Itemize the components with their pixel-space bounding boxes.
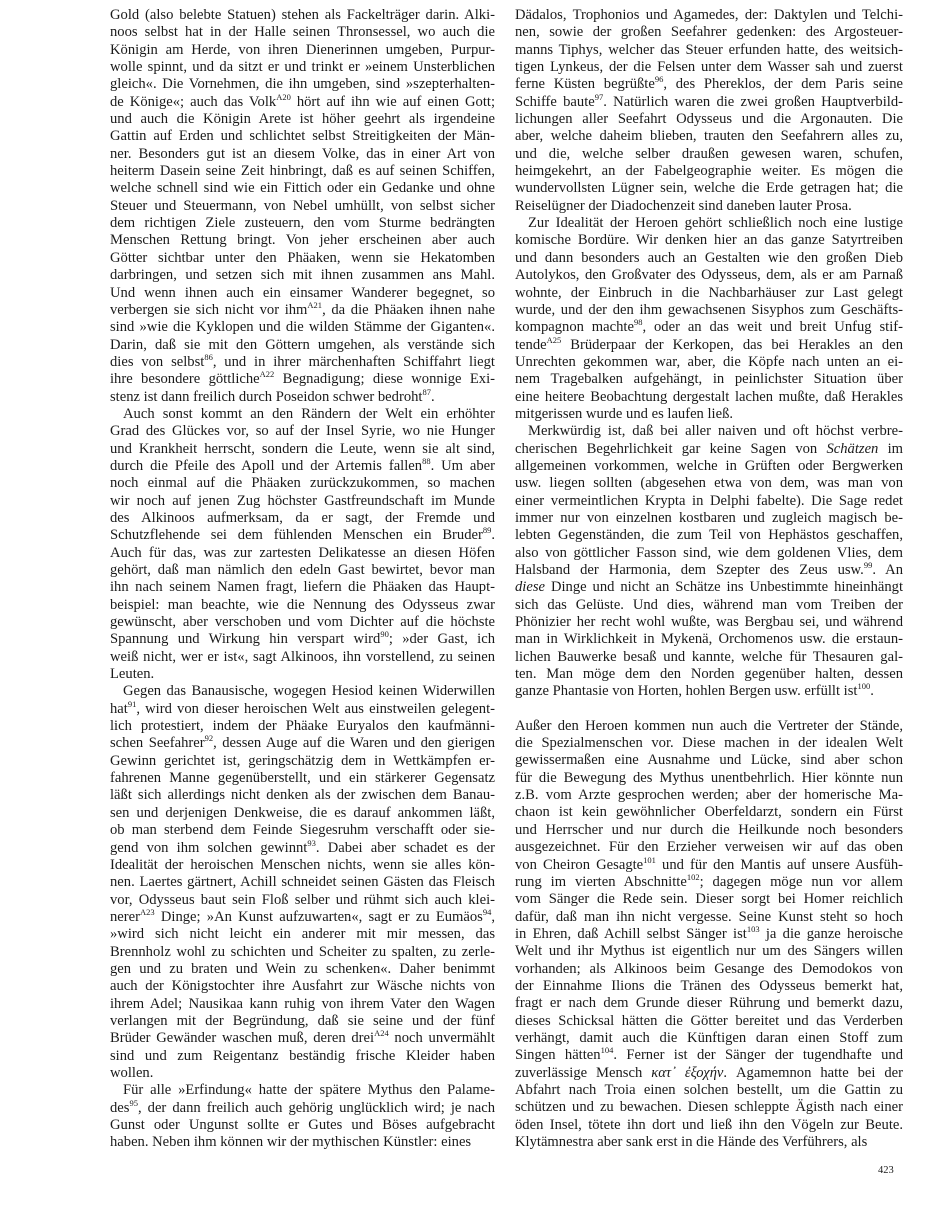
footnote-reference: 97 (595, 92, 604, 102)
text-line: wir noch auf jenen Zug höchster Gastfreu… (110, 493, 495, 510)
text-line: kompagnon machte98, oder an das weit und… (515, 319, 903, 336)
text-line: Darin, daß sie mit den Göttern umgehen, … (110, 337, 495, 354)
text-line: Brennholz wohl zu schichten und Scheiter… (110, 944, 495, 961)
text-line: manns Tiphys, welcher das Steuer erfunde… (515, 42, 903, 59)
text-line: ob man sterbend dem Feinde Siegesruhm ve… (110, 822, 495, 839)
text-line: ihre besondere göttlicheA22 Begnadigung;… (110, 371, 495, 388)
text-line: läßt sich allerdings nicht denken als de… (110, 787, 495, 804)
text-line: ihn nach seinem Namen fragt, liefern die… (110, 579, 495, 596)
text-line: verbergen sie sich nicht vor ihmA21, da … (110, 302, 495, 319)
footnote-reference: 92 (205, 733, 214, 743)
footnote-reference: 93 (307, 838, 316, 848)
text-line: Merkwürdig ist, daß bei aller naiven und… (515, 423, 903, 440)
text-line: vor, Odysseus baut sein Floß selber und … (110, 892, 495, 909)
text-line: lichen Bauwerke besaß und kannte, welche… (515, 649, 903, 666)
text-line: aber, welche daheim blieben, trauten den… (515, 128, 903, 145)
text-line: dafür, daß man ihn nicht vergesse. Seine… (515, 909, 903, 926)
text-line: Singen hätten104. Ferner ist der Sänger … (515, 1047, 903, 1064)
text-line: lichungen aller Seefahrt Odysseus und di… (515, 111, 903, 128)
text-line: nererA23 Dinge; »An Kunst aufzuwarten«, … (110, 909, 495, 926)
text-line: noos selbst hat in der Halle seinen Thro… (110, 24, 495, 41)
text-line: sen und derjenigen Denkweise, die es dar… (110, 805, 495, 822)
text-line: welche schnell sind wie ein Fittich oder… (110, 180, 495, 197)
text-line: Halsband der Harmonia, dem Szepter des Z… (515, 562, 903, 579)
text-line: gewünscht, aber verschoben und vom Dicht… (110, 614, 495, 631)
footnote-reference: 94 (483, 907, 492, 917)
text-line: Idealität der heroischen Menschen nichts… (110, 857, 495, 874)
text-line: noch einmal auf die Phäaken zurückzukomm… (110, 475, 495, 492)
text-line: vom Sänger die Rede sein. Dieser sorgt b… (515, 891, 903, 908)
paragraph: Für alle »Erfindung« hatte der spätere M… (110, 1082, 495, 1151)
text-line: nen. Laertes gärtnert, Achill schneidet … (110, 874, 495, 891)
text-line: gen und zu braten und Wein zu schenken«.… (110, 961, 495, 978)
text-line: Auch sonst kommt an den Rändern der Welt… (110, 406, 495, 423)
paragraph: Zur Idealität der Heroen gehört schließl… (515, 215, 903, 423)
page-number: 423 (878, 1165, 894, 1176)
text-line: ferne Küsten begrüßte96, des Phereklos, … (515, 76, 903, 93)
text-line: Für alle »Erfindung« hatte der spätere M… (110, 1082, 495, 1099)
text-line: wollen. (110, 1065, 495, 1082)
paragraph: Gold (also belebte Statuen) stehen als F… (110, 7, 495, 406)
text-line: mitgerissen wurde und es laufen ließ. (515, 406, 903, 423)
footnote-reference: 91 (128, 699, 137, 709)
text-line: Klytämnestra aber sank erst in die Hände… (515, 1134, 903, 1151)
text-line: Königin am Herde, von ihren Dienerinnen … (110, 42, 495, 59)
text-line: Welt und ihr Mythus ist eigentlich nur u… (515, 943, 903, 960)
text-line: Gegen das Banausische, wogegen Hesiod ke… (110, 683, 495, 700)
text-line: von Cheiron Gesagte101 und für den Manti… (515, 857, 903, 874)
text-line: Autolykos, den Großvater des Odysseus, d… (515, 267, 903, 284)
text-line: in Ehren, daß Achill selbst Sänger ist10… (515, 926, 903, 943)
text-line: wurde, und der den ihm gewachsenen Sisyp… (515, 302, 903, 319)
text-line: Außer den Heroen kommen nun auch die Ver… (515, 718, 903, 735)
footnote-reference: 87 (422, 387, 431, 397)
text-line: lebten Gegenständen, die zum Teil von He… (515, 527, 903, 544)
text-line: schützen und zu bewachen. Diesen schlepp… (515, 1099, 903, 1116)
text-line: Gunst oder Ungunst sollte er Gutes und B… (110, 1117, 495, 1134)
left-column: Gold (also belebte Statuen) stehen als F… (110, 7, 495, 1152)
paragraph: Auch sonst kommt an den Rändern der Welt… (110, 406, 495, 684)
text-line: fragt er nach dem Grunde dieser Rührung … (515, 995, 903, 1012)
footnote-reference: A24 (374, 1028, 389, 1038)
text-line: lich protestiert, indem der Phäake Eurya… (110, 718, 495, 735)
text-line: also von göttlicher Fasson sind, wie dem… (515, 545, 903, 562)
text-line: Auch für das, was zur zartesten Delikate… (110, 545, 495, 562)
text-line: heimgekehrt, an der Fabelgeographie weit… (515, 163, 903, 180)
text-line: Grad des Glückes vor, so auf der Insel S… (110, 423, 495, 440)
text-line: schen Seefahrer92, dessen Auge auf die W… (110, 735, 495, 752)
emphasis: Schätzen (826, 441, 878, 457)
text-line: gleich«. Die Vornehmen, die ihn umgeben,… (110, 76, 495, 93)
footnote-reference: 103 (747, 924, 760, 934)
paragraph: Außer den Heroen kommen nun auch die Ver… (515, 718, 903, 1152)
text-line: de Könige«; auch das VolkA20 hört auf ih… (110, 94, 495, 111)
emphasis: κατ᾽ ἐξοχήν (651, 1065, 723, 1081)
text-line: Gold (also belebte Statuen) stehen als F… (110, 7, 495, 24)
text-line: sich das Gelüste. Und dies, während man … (515, 597, 903, 614)
text-line: dem richtigen Ziele zusteuern, den vom S… (110, 215, 495, 232)
text-line: allgemeinen vorkommen, welche in Grüften… (515, 458, 903, 475)
text-line: wolle spinnt, und da sitzt er und trinkt… (110, 59, 495, 76)
footnote-reference: 88 (422, 456, 431, 466)
text-line: einer vermeintlichen Krypta in Delphi fa… (515, 493, 903, 510)
text-line: chaon ist kein gewöhnlicher Oberfeldarzt… (515, 804, 903, 821)
text-line: tigen Lynkeus, der die Felsen unter dem … (515, 59, 903, 76)
text-line: heiterm Dasein seine Zeit hinbringt, daß… (110, 163, 495, 180)
text-line: gewissermaßen eine Ausnahme und Lücke, s… (515, 752, 903, 769)
text-line: Menschen Rettung bringt. Von jeher ersch… (110, 232, 495, 249)
text-line: öden Insel, tötete ihn dort und ließ ihn… (515, 1117, 903, 1134)
footnote-reference: 100 (857, 681, 870, 691)
text-line: durch die Pfeile des Apoll und der Artem… (110, 458, 495, 475)
text-line: man in Wirklichkeit in Mykenä, Orchomeno… (515, 631, 903, 648)
text-line: und Herrscher und nur durch die Heilkund… (515, 822, 903, 839)
footnote-reference: 98 (634, 317, 643, 327)
text-line: diese Dinge und nicht an Schätze ins Unb… (515, 579, 903, 596)
text-line: weiß nicht, wer er ist«, sagt Alkinoos, … (110, 649, 495, 666)
text-line: Götter sichtbar unter den Phäaken, wenn … (110, 250, 495, 267)
text-line: Zur Idealität der Heroen gehört schließl… (515, 215, 903, 232)
text-line: für die Bewegung des Mythus unentbehrlic… (515, 770, 903, 787)
text-line: Dädalos, Trophonios und Agamedes, der: D… (515, 7, 903, 24)
text-line: dies von selbst86, und in ihrer märchenh… (110, 354, 495, 371)
text-line: gehört, daß man nämlich den edeln Gast b… (110, 562, 495, 579)
text-line: ihrem Adel; Nausikaa kann ruhig von ihre… (110, 996, 495, 1013)
text-line: ganze Phantasie von Horten, hohlen Berge… (515, 683, 903, 700)
footnote-reference: 104 (601, 1045, 614, 1055)
footnote-reference: 89 (483, 525, 492, 535)
text-line: und auch die Königin Arete ist höher gee… (110, 111, 495, 128)
text-line: nem Tragebalken aufgehängt, in peinlichs… (515, 371, 903, 388)
footnote-reference: 96 (655, 74, 664, 84)
text-line: fahrenen Manne gegenüberstellt, und ein … (110, 770, 495, 787)
text-line: Unrechten gekommen war, aber, die Köpfe … (515, 354, 903, 371)
text-line: Gewinn gerichtet ist, geringschätzig dem… (110, 753, 495, 770)
text-line: Leuten. (110, 666, 495, 683)
text-line: Reiselügner der Diadochenzeit sind daneb… (515, 198, 903, 215)
text-line: usw. liegen sollten (abgesehen etwa von … (515, 475, 903, 492)
text-line: sind »wie die Kyklopen und die wilden St… (110, 319, 495, 336)
text-line: ten. Man möge dem den Norden gegenüber h… (515, 666, 903, 683)
text-line: Spannung und Wirkung hin verspart wird90… (110, 631, 495, 648)
footnote-reference: 95 (129, 1098, 138, 1108)
text-line: und die, welche selber draußen gewesen w… (515, 146, 903, 163)
footnote-reference: 86 (204, 352, 213, 362)
text-line: Gattin auf Erden und schlichtet selbst S… (110, 128, 495, 145)
text-line: zuverlässige Mensch κατ᾽ ἐξοχήν. Agamemn… (515, 1065, 903, 1082)
text-line: stenz ist dann freilich durch Poseidon s… (110, 389, 495, 406)
text-line: sind und zum Reigentanz beständig frisch… (110, 1048, 495, 1065)
footnote-reference: A20 (276, 92, 291, 102)
text-line: hat91, wird von dieser heroischen Welt a… (110, 701, 495, 718)
text-line: verlangen mit der Begründung, daß sie se… (110, 1013, 495, 1030)
text-line: haben. Neben ihm können wir der mythisch… (110, 1134, 495, 1151)
section-break (515, 701, 903, 718)
text-line: verhängt, damit auch die Künftigen daran… (515, 1030, 903, 1047)
text-line: beispiel: man beachte, wie die Nennung d… (110, 597, 495, 614)
text-line: Brüder Gewänder waschen muß, deren dreiA… (110, 1030, 495, 1047)
text-line: Schutzflehende sei dem fühlenden Mensche… (110, 527, 495, 544)
text-line: rung im vierten Abschnitte102; dagegen m… (515, 874, 903, 891)
text-line: der Einnahme Ilions die Tränen des Odyss… (515, 978, 903, 995)
footnote-reference: 101 (643, 855, 656, 865)
text-line: wohnte, der Einbruch in die Nachbarhäuse… (515, 285, 903, 302)
text-line: »wird sich nicht leicht ein anderer mit … (110, 926, 495, 943)
text-line: die Spezialmenschen vor. Diese machen in… (515, 735, 903, 752)
text-line: Schiffe baute97. Natürlich waren die zwe… (515, 94, 903, 111)
text-line: Phönizier her recht wohl wußte, was Berg… (515, 614, 903, 631)
text-line: Und wenn ihnen auch ein einsamer Wandere… (110, 285, 495, 302)
text-line: und Krankheit herrscht, sondern die Leut… (110, 441, 495, 458)
text-line: wundervollsten Lügner sein, welche die E… (515, 180, 903, 197)
text-line: und dann besonders auch an Gestalten wie… (515, 250, 903, 267)
text-line: nen, sowie der großen Seefahrer gedenken… (515, 24, 903, 41)
footnote-reference: 90 (380, 629, 389, 639)
text-line: vorhanden; als Alkinoos beim Gesange des… (515, 961, 903, 978)
text-line: cherischen Begehrlichkeit gar keine Sage… (515, 441, 903, 458)
text-line: ausgezeichnet. Für den Erzieher verweise… (515, 839, 903, 856)
text-line: Abfahrt nach Troia einen solchen bestell… (515, 1082, 903, 1099)
right-column: Dädalos, Trophonios und Agamedes, der: D… (515, 7, 903, 1151)
text-line: immer nur von einzelnen kostbaren und zu… (515, 510, 903, 527)
text-line: Steuer und Steuermann, von Nebel umhüllt… (110, 198, 495, 215)
text-line: ner. Besonders gut ist an diesem Volke, … (110, 146, 495, 163)
text-line: gend von ihm solchen gewinnt93. Dabei ab… (110, 840, 495, 857)
text-line: tendeA25 Brüderpaar der Kerkopen, das be… (515, 337, 903, 354)
paragraph: Gegen das Banausische, wogegen Hesiod ke… (110, 683, 495, 1082)
footnote-reference: A22 (260, 369, 275, 379)
text-line: eine heitere Beobachtung dergestalt lach… (515, 389, 903, 406)
text-line: komische Bordüre. Wir denken hier an das… (515, 232, 903, 249)
footnote-reference: 99 (864, 560, 873, 570)
paragraph: Dädalos, Trophonios und Agamedes, der: D… (515, 7, 903, 215)
text-line: des95, der dann freilich auch gehörig un… (110, 1100, 495, 1117)
emphasis: diese (515, 579, 545, 595)
text-line: darbringen, und setzen sich mit ihnen zu… (110, 267, 495, 284)
text-line: auch der Königstochter ihre Ausfahrt zur… (110, 978, 495, 995)
text-line: z.B. vom Arzte gesprochen werden; aber d… (515, 787, 903, 804)
text-line: des Alkinoos aufmerksam, da er sagt, der… (110, 510, 495, 527)
footnote-reference: A23 (140, 907, 155, 917)
paragraph: Merkwürdig ist, daß bei aller naiven und… (515, 423, 903, 701)
footnote-reference: 102 (687, 872, 700, 882)
footnote-reference: A21 (307, 300, 322, 310)
text-line: dieses Schicksal hätten die Götter berei… (515, 1013, 903, 1030)
footnote-reference: A25 (547, 335, 562, 345)
